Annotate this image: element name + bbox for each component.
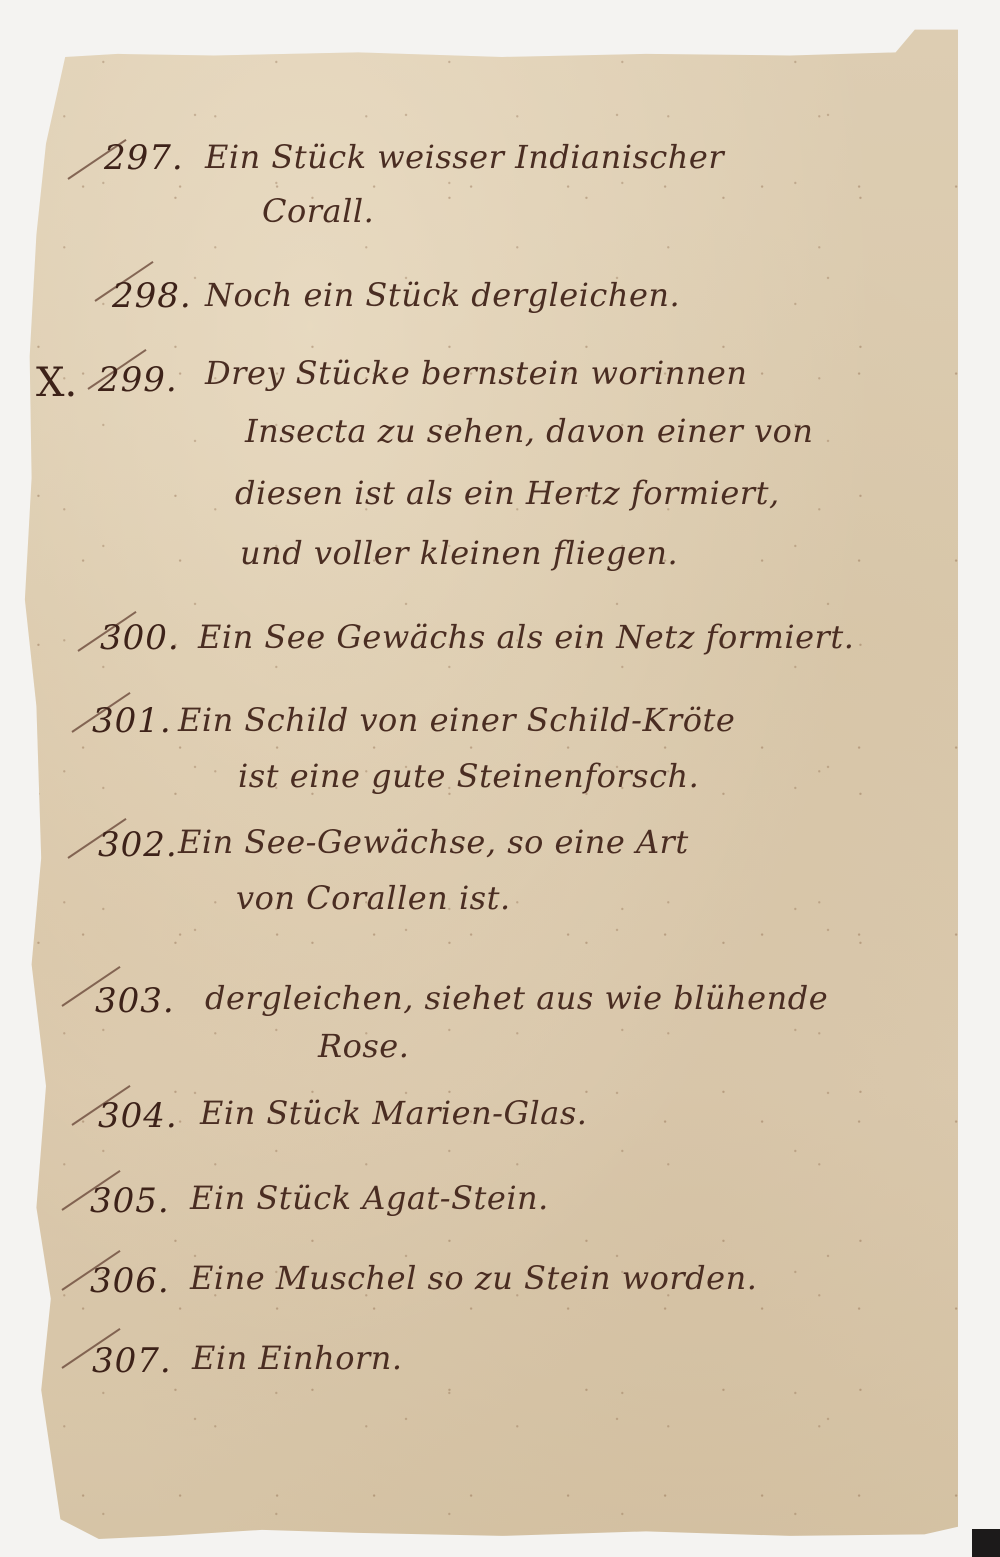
entry-line: Ein See Gewächs als ein Netz formiert. <box>198 618 854 656</box>
margin-mark: X. <box>36 360 77 406</box>
entry-line: und voller kleinen fliegen. <box>240 534 678 572</box>
entry-number: 304. <box>98 1096 178 1136</box>
entry-number: 307. <box>92 1341 172 1381</box>
entry-line: Ein Stück weisser Indianischer <box>205 138 724 176</box>
entry-number: 305. <box>90 1181 170 1221</box>
entry-line: Ein Einhorn. <box>192 1339 403 1377</box>
entry-line-text: Ein Stück weisser Indianischer <box>205 138 724 176</box>
entry-number: 297. <box>104 138 184 178</box>
entry-line: dergleichen, siehet aus wie blühende <box>205 979 828 1017</box>
entry-line: Ein Stück Marien-Glas. <box>200 1094 587 1132</box>
entry-number: 298. <box>112 276 192 316</box>
entry-line: Eine Muschel so zu Stein worden. <box>190 1259 757 1297</box>
entry-number: 301. <box>92 701 172 741</box>
entry-line: Ein See-Gewächse, so eine Art <box>178 823 689 861</box>
entry-number: 300. <box>100 618 180 658</box>
entry-number: 303. <box>95 981 175 1021</box>
manuscript-text: 297. Ein Stück weisser Indianischer Cora… <box>0 0 1000 1557</box>
entry-number: 299. <box>98 360 178 400</box>
entry-line: diesen ist als ein Hertz formiert, <box>235 474 780 512</box>
entry-line: Insecta zu sehen, davon einer von <box>245 412 813 450</box>
entry-line: Ein Schild von einer Schild-Kröte <box>178 701 735 739</box>
entry-line: Ein Stück Agat-Stein. <box>190 1179 549 1217</box>
entry-line: Corall. <box>262 192 374 230</box>
entry-line: ist eine gute Steinenforsch. <box>238 757 699 795</box>
entry-line: Noch ein Stück dergleichen. <box>205 276 680 314</box>
entry-number: 302. <box>98 825 178 865</box>
entry-line: Drey Stücke bernstein worinnen <box>205 354 747 392</box>
entry-line: Rose. <box>318 1027 409 1065</box>
scanned-page: 297. Ein Stück weisser Indianischer Cora… <box>0 0 1000 1557</box>
entry-number: 306. <box>90 1261 170 1301</box>
entry-line: von Corallen ist. <box>236 879 511 917</box>
